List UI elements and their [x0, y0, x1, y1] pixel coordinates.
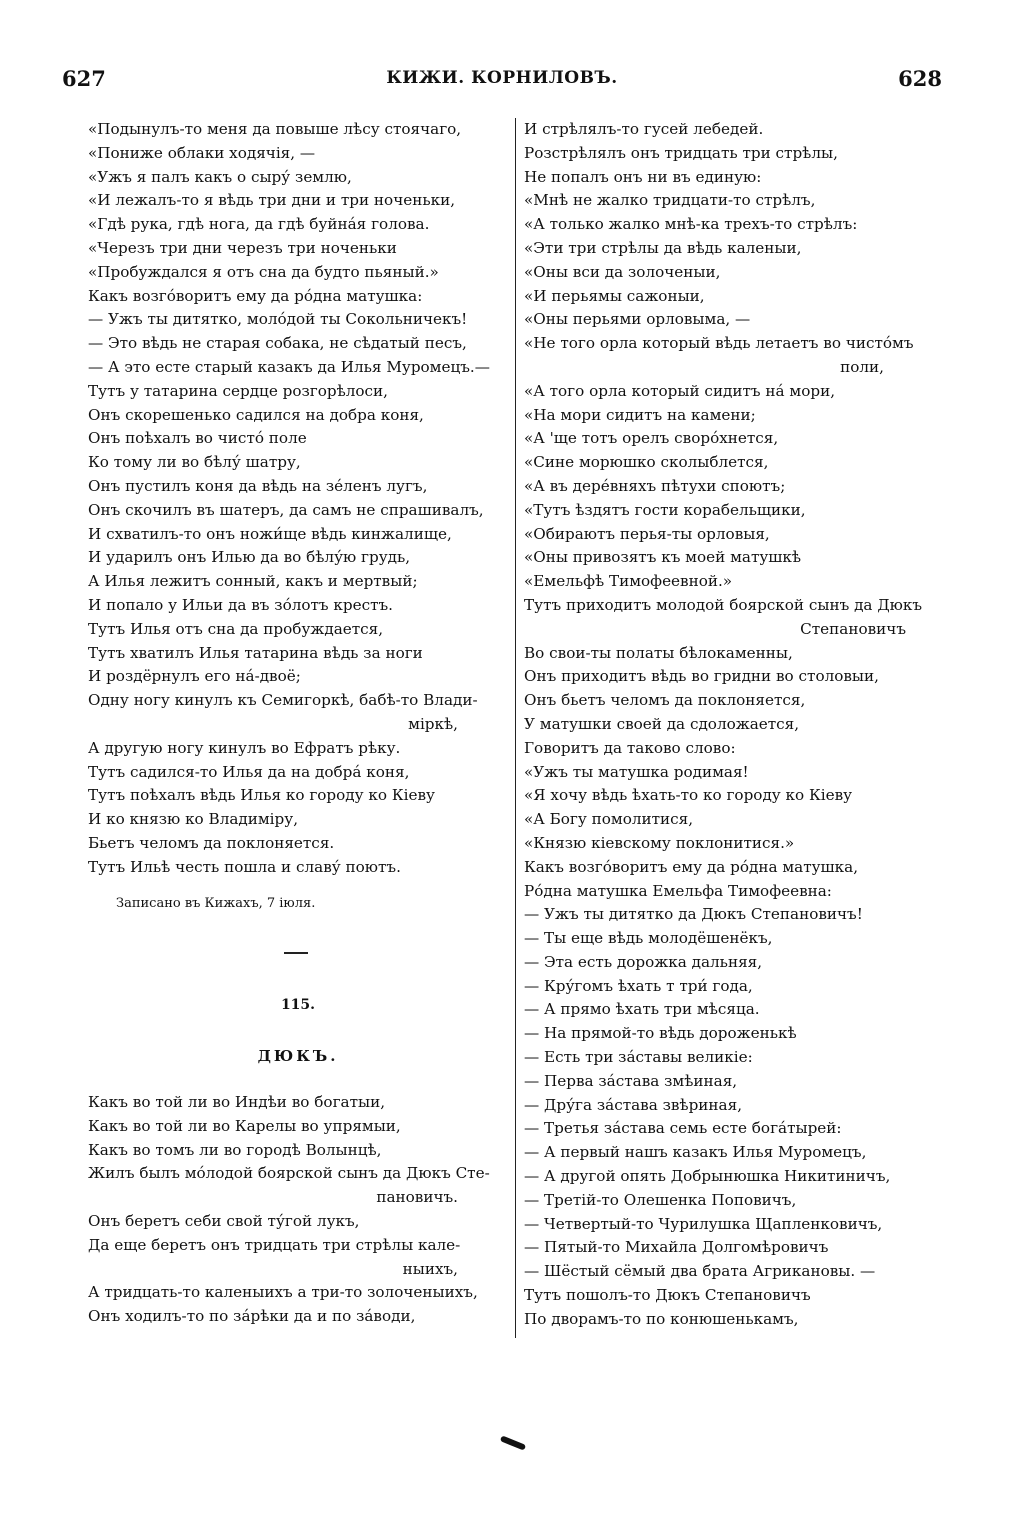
- line-continuation: пановичъ.: [88, 1186, 498, 1210]
- verse-line: Онъ пустилъ коня да вѣдь на зе́ленъ лугъ…: [88, 475, 498, 499]
- verse-line: Розстрѣлялъ онъ тридцать три стрѣлы,: [524, 142, 964, 166]
- verse-line: — Ужъ ты дитятко, моло́дой ты Сокольниче…: [88, 308, 498, 332]
- verse-line: «На мори сидитъ на камени;: [524, 404, 964, 428]
- verse-line: И стрѣлялъ-то гусей лебедей.: [524, 118, 964, 142]
- verse-line: Одну ногу кинулъ къ Семигоркѣ, бабѣ-то В…: [88, 689, 498, 713]
- verse-line: Какъ во той ли во Индѣи во богатыи,: [88, 1091, 498, 1115]
- verse-line: «Гдѣ рука, гдѣ нога, да гдѣ буйна́я голо…: [88, 213, 498, 237]
- verse-line: Тутъ Илья отъ сна да пробуждается,: [88, 618, 498, 642]
- verse-line: Тутъ пошолъ-то Дюкъ Степановичъ: [524, 1284, 964, 1308]
- verse-line: Говоритъ да таково слово:: [524, 737, 964, 761]
- verse-line: И ко князю ко Владиміру,: [88, 808, 498, 832]
- verse-line: «Подынулъ-то меня да повыше лѣсу стоячаг…: [88, 118, 498, 142]
- verse-line: «Тутъ ѣздятъ гости корабельщики,: [524, 499, 964, 523]
- verse-line: И роздёрнулъ его на́-двоё;: [88, 665, 498, 689]
- page-header: 627 КИЖИ. КОРНИЛОВЪ. 628: [62, 66, 942, 96]
- poem-stanza-duke-b: Онъ беретъ себи свой ту́гой лукъ,Да еще …: [88, 1210, 498, 1258]
- verse-line: И ударилъ онъ Илью да во бѣлу́ю грудь,: [88, 546, 498, 570]
- verse-line: Жилъ былъ мо́лодой боярской сынъ да Дюкъ…: [88, 1162, 498, 1186]
- verse-line: «Ужъ ты матушка родимая!: [524, 761, 964, 785]
- verse-line: Да еще беретъ онъ тридцать три стрѣлы ка…: [88, 1234, 498, 1258]
- verse-line: — Есть три за́ставы великіе:: [524, 1046, 964, 1070]
- verse-line: «И перьямы сажоныи,: [524, 285, 964, 309]
- verse-line: Во свои-ты полаты бѣлокаменны,: [524, 642, 964, 666]
- verse-line: И схватилъ-то онъ ножи́ще вѣдь кинжалище…: [88, 523, 498, 547]
- verse-line: «Черезъ три дни черезъ три ноченьки: [88, 237, 498, 261]
- verse-line: — Ты еще вѣдь молодёшенёкъ,: [524, 927, 964, 951]
- verse-line: Онъ поѣхалъ во чисто́ поле: [88, 427, 498, 451]
- verse-line: «И лежалъ-то я вѣдь три дни и три ночень…: [88, 189, 498, 213]
- verse-line: — Четвертый-то Чурилушка Щапленковичъ,: [524, 1213, 964, 1237]
- verse-line: Тутъ садился-то Илья да на добра́ коня,: [88, 761, 498, 785]
- poem-stanza-right-c: Во свои-ты полаты бѣлокаменны,Онъ приход…: [524, 642, 964, 1332]
- song-number: 115.: [88, 994, 508, 1018]
- recorded-note: Записано въ Кижахъ, 7 іюля.: [116, 892, 498, 916]
- poem-stanza-ilya: «Подынулъ-то меня да повыше лѣсу стоячаг…: [88, 118, 498, 713]
- poem-stanza-duke: Какъ во той ли во Индѣи во богатыи,Какъ …: [88, 1091, 498, 1186]
- verse-line: Тутъ поѣхалъ вѣдь Илья ко городу ко Кіев…: [88, 784, 498, 808]
- line-continuation: Степановичъ: [524, 618, 964, 642]
- verse-line: «Оны привозятъ къ моей матушкѣ: [524, 546, 964, 570]
- verse-line: — Это вѣдь не старая собака, не сѣдатый …: [88, 332, 498, 356]
- verse-line: «А 'ще тотъ орелъ своро́хнется,: [524, 427, 964, 451]
- right-column: И стрѣлялъ-то гусей лебедей.Розстрѣлялъ …: [524, 118, 964, 1332]
- line-continuation: міркѣ,: [88, 713, 498, 737]
- left-column: «Подынулъ-то меня да повыше лѣсу стоячаг…: [88, 118, 498, 1329]
- verse-line: «Я хочу вѣдь ѣхать-то ко городу ко Кіеву: [524, 784, 964, 808]
- verse-line: «А Богу помолитися,: [524, 808, 964, 832]
- verse-line: Какъ во томъ ли во городѣ Волынцѣ,: [88, 1139, 498, 1163]
- page-number-right: 628: [898, 66, 942, 91]
- verse-line: По дворамъ-то по конюшенькамъ,: [524, 1308, 964, 1332]
- verse-line: — На прямой-то вѣдь дороженькѣ: [524, 1022, 964, 1046]
- verse-line: «Пониже облаки ходячія, —: [88, 142, 498, 166]
- verse-line: — Шёстый сёмый два брата Агрикановы. —: [524, 1260, 964, 1284]
- running-title: КИЖИ. КОРНИЛОВЪ.: [62, 68, 942, 88]
- verse-line: — А другой опять Добрынюшка Никитиничъ,: [524, 1165, 964, 1189]
- verse-line: — Эта есть дорожка дальняя,: [524, 951, 964, 975]
- verse-line: Онъ приходитъ вѣдь во гридни во столовыи…: [524, 665, 964, 689]
- verse-line: — Кру́гомъ ѣхать т три́ года,: [524, 975, 964, 999]
- verse-line: «А того орла который сидитъ на́ мори,: [524, 380, 964, 404]
- song-title: ДЮКЪ.: [88, 1045, 508, 1069]
- poem-stanza-right-a: И стрѣлялъ-то гусей лебедей.Розстрѣлялъ …: [524, 118, 964, 356]
- verse-line: Не попалъ онъ ни въ единую:: [524, 166, 964, 190]
- verse-line: У матушки своей да сдоложается,: [524, 713, 964, 737]
- verse-line: Тутъ хватилъ Илья татарина вѣдь за ноги: [88, 642, 498, 666]
- poem-stanza-duke-c: А тридцать-то каленыихъ а три-то золочен…: [88, 1281, 498, 1329]
- verse-line: «Ужъ я палъ какъ о сыру́ землю,: [88, 166, 498, 190]
- verse-line: «Емельфѣ Тимофеевной.»: [524, 570, 964, 594]
- verse-line: Онъ бьетъ челомъ да поклоняется,: [524, 689, 964, 713]
- verse-line: — Перва за́става змѣиная,: [524, 1070, 964, 1094]
- verse-line: — Ужъ ты дитятко да Дюкъ Степановичъ!: [524, 903, 964, 927]
- line-continuation: ныихъ,: [88, 1258, 498, 1282]
- poem-stanza-ilya-end: А другую ногу кинулъ во Ефратъ рѣку.Тутъ…: [88, 737, 498, 880]
- verse-line: «Обираютъ перья-ты орловыя,: [524, 523, 964, 547]
- verse-line: Какъ во той ли во Карелы во упрямыи,: [88, 1115, 498, 1139]
- verse-line: «А въ дере́вняхъ пѣтухи споютъ;: [524, 475, 964, 499]
- verse-line: «Сине морюшко сколыблется,: [524, 451, 964, 475]
- verse-line: — А первый нашъ казакъ Илья Муромецъ,: [524, 1141, 964, 1165]
- verse-line: «Не того орла который вѣдь летаетъ во чи…: [524, 332, 964, 356]
- verse-line: — Пятый-то Михайла Долгомѣровичъ: [524, 1236, 964, 1260]
- verse-line: «Князю кіевскому поклонитися.»: [524, 832, 964, 856]
- verse-line: «Оны перьями орловыма, —: [524, 308, 964, 332]
- verse-line: Онъ скочилъ въ шатеръ, да самъ не спраши…: [88, 499, 498, 523]
- section-divider: [284, 952, 308, 954]
- verse-line: Бьетъ челомъ да поклоняется.: [88, 832, 498, 856]
- verse-line: Ко тому ли во бѣлу́ шатру,: [88, 451, 498, 475]
- verse-line: Тутъ Ильѣ честь пошла и славу́ поютъ.: [88, 856, 498, 880]
- verse-line: — А это есте старый казакъ да Илья Муром…: [88, 356, 498, 380]
- line-continuation: поли,: [524, 356, 964, 380]
- verse-line: И попало у Ильи да въ зо́лотъ крестъ.: [88, 594, 498, 618]
- print-mark: [500, 1435, 526, 1450]
- poem-stanza-right-b: «А того орла который сидитъ на́ мори,«На…: [524, 380, 964, 618]
- verse-line: «Мнѣ не жалко тридцати-то стрѣлъ,: [524, 189, 964, 213]
- verse-line: «А только жалко мнѣ-ка трехъ-то стрѣлъ:: [524, 213, 964, 237]
- verse-line: Какъ возго́воритъ ему да ро́дна матушка:: [88, 285, 498, 309]
- verse-line: — Третій-то Олешенка Поповичъ,: [524, 1189, 964, 1213]
- verse-line: Онъ скорешенько садился на добра коня,: [88, 404, 498, 428]
- verse-line: А другую ногу кинулъ во Ефратъ рѣку.: [88, 737, 498, 761]
- verse-line: А тридцать-то каленыихъ а три-то золочен…: [88, 1281, 498, 1305]
- verse-line: «Оны вси да золоченыи,: [524, 261, 964, 285]
- verse-line: Какъ возго́воритъ ему да ро́дна матушка,: [524, 856, 964, 880]
- verse-line: — Дру́га за́става звѣриная,: [524, 1094, 964, 1118]
- verse-line: «Пробуждался я отъ сна да будто пьяный.»: [88, 261, 498, 285]
- verse-line: «Эти три стрѣлы да вѣдь каленыи,: [524, 237, 964, 261]
- verse-line: Онъ ходилъ-то по за́рѣки да и по за́води…: [88, 1305, 498, 1329]
- verse-line: Тутъ у татарина сердце розгорѣлоси,: [88, 380, 498, 404]
- verse-line: Онъ беретъ себи свой ту́гой лукъ,: [88, 1210, 498, 1234]
- verse-line: — А прямо ѣхать три мѣсяца.: [524, 998, 964, 1022]
- verse-line: Тутъ приходитъ молодой боярской сынъ да …: [524, 594, 964, 618]
- column-divider: [515, 118, 516, 1338]
- verse-line: А Илья лежитъ сонный, какъ и мертвый;: [88, 570, 498, 594]
- verse-line: — Третья за́става семь есте бога́тырей:: [524, 1117, 964, 1141]
- verse-line: Ро́дна матушка Емельфа Тимофеевна:: [524, 880, 964, 904]
